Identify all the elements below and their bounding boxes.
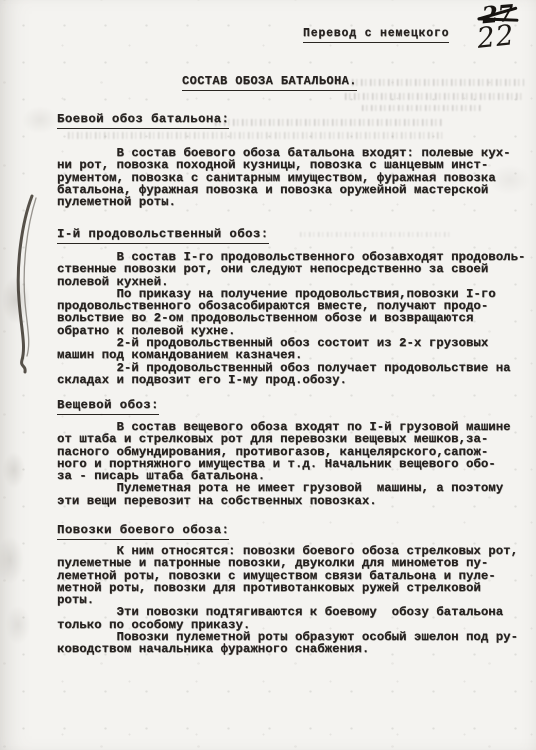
paragraph-baggage-train: В состав вещевого обоза входят по I-й гр…	[57, 421, 511, 507]
text-line: вольствие во 2-ом продовольственном обоз…	[57, 312, 525, 324]
ghost-text-smudge	[215, 119, 443, 126]
text-line: ни рот, повозка походной кузницы, повозк…	[57, 159, 511, 171]
text-line: складах и подвозит его I-му прод.обозу.	[57, 374, 525, 386]
text-line: ководством начальника фуражного снабжени…	[57, 643, 518, 655]
text-line: метной роты, повозки для противотанковых…	[57, 582, 518, 594]
paragraph-combat-train: В состав боевого обоза батальона входят:…	[57, 147, 511, 208]
ghost-text-smudge	[362, 105, 482, 111]
section-heading-first-food-train: I-й продовольственный обоз:	[57, 227, 269, 244]
section-heading-baggage-train: Вещевой обоз:	[57, 398, 159, 415]
text-line: пулеметной роты.	[57, 196, 511, 208]
text-line: эти вещи перевозит на собственных повозк…	[57, 495, 511, 507]
translation-note: Перевод с немецкого	[303, 27, 449, 43]
text-line: пулеметные и патронные повозки, двуколки…	[57, 557, 518, 569]
ghost-text-smudge	[68, 132, 443, 139]
ghost-text-smudge	[352, 79, 524, 86]
ghost-text-smudge	[345, 93, 523, 100]
text-line: Пулеметная рота не имеет грузовой машины…	[57, 482, 511, 494]
ghost-text-smudge	[300, 232, 450, 237]
document-title: СОСТАВ ОБОЗА БАТАЛЬОНА.	[182, 74, 357, 91]
scanned-document-page: Перевод с немецкого 27 22 СОСТАВ ОБОЗА Б…	[0, 0, 536, 750]
ink-stroke-margin-mark	[6, 188, 50, 378]
text-line: Эти повозки подтягиваются к боевому обоз…	[57, 606, 518, 618]
section-heading-combat-train: Боевой обоз батальона:	[57, 112, 229, 129]
section-heading-combat-train-wagons: Повозки боевого обоза:	[57, 523, 229, 540]
handwritten-page-number: 22	[475, 18, 516, 55]
paragraph-first-food-train: В состав I-го продовольственного обозавх…	[57, 251, 525, 386]
text-line: машин под командованием казначея.	[57, 349, 525, 361]
paragraph-combat-train-wagons: К ним относятся: повозки боевого обоза с…	[57, 545, 518, 656]
text-line: от штаба и стрелковых рот для перевозки …	[57, 433, 511, 445]
text-line: ственные повозки рот, они следуют непоср…	[57, 263, 525, 275]
